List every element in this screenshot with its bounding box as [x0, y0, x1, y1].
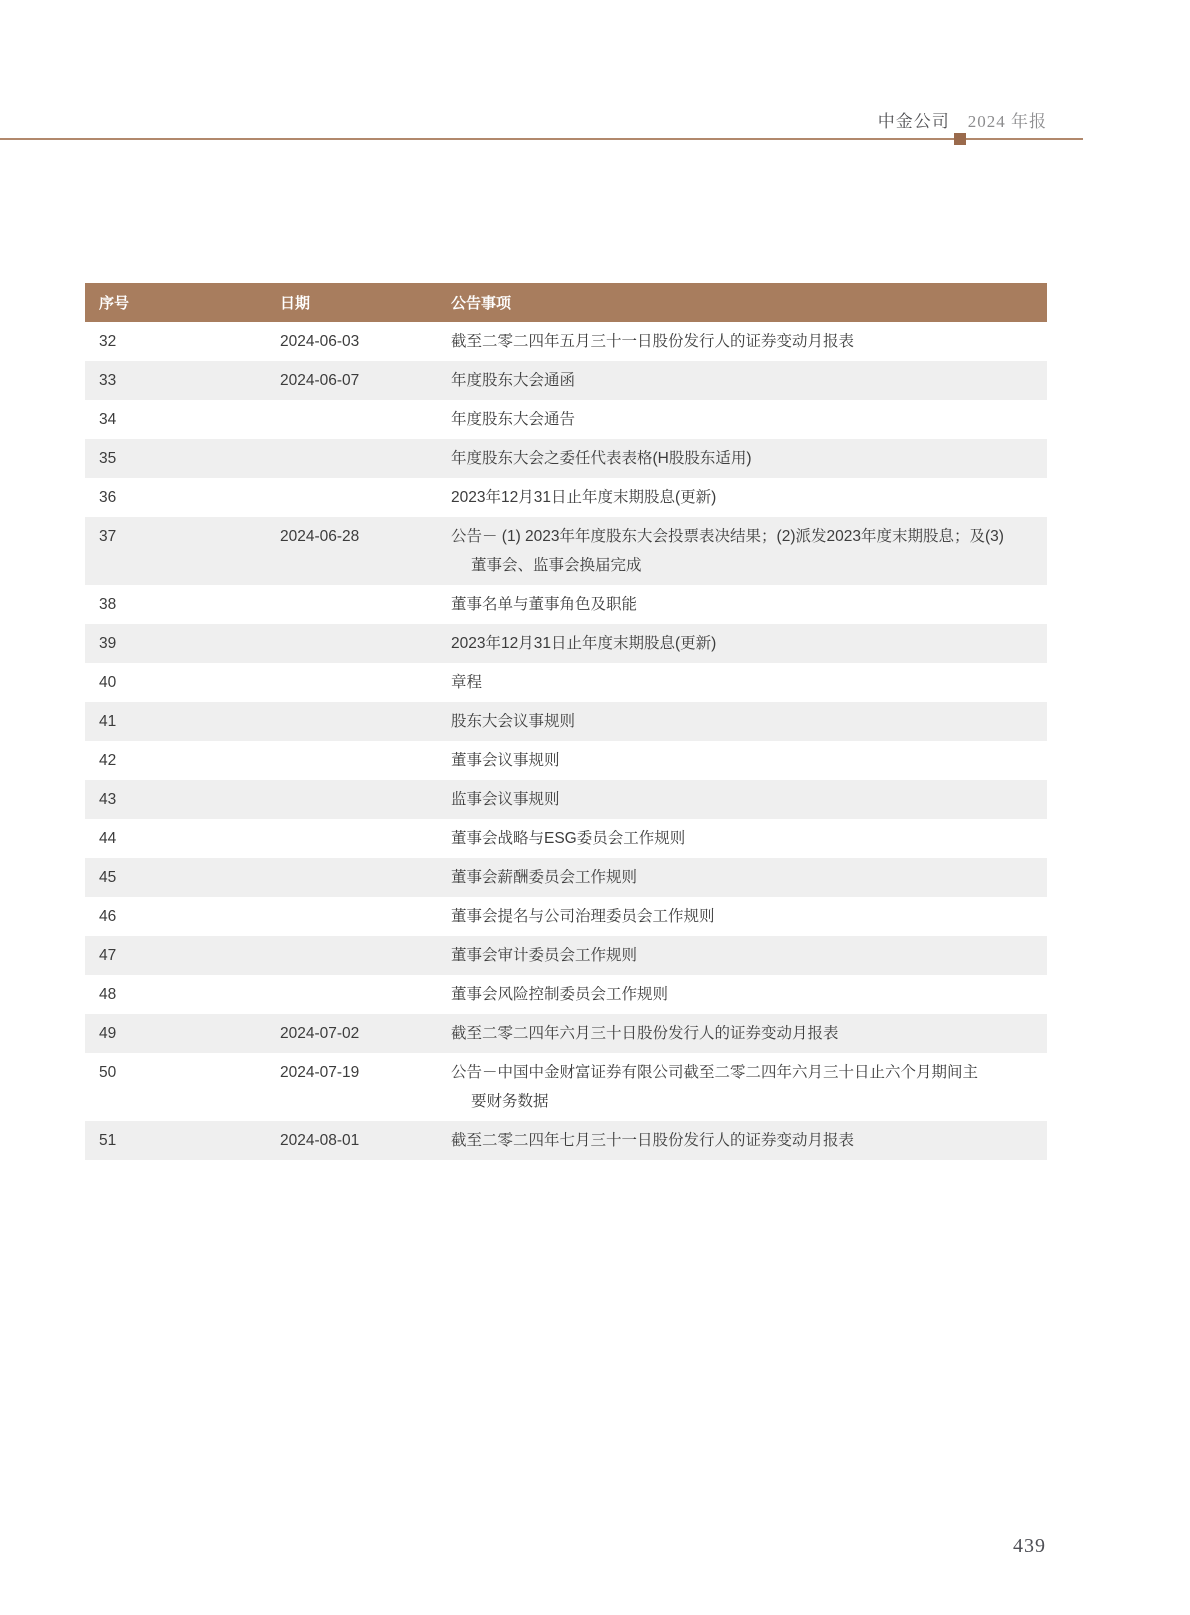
row-item-line: 董事名单与董事角色及职能 — [451, 590, 1031, 619]
column-header-item: 公告事项 — [451, 292, 1047, 313]
row-number-cell: 51 — [85, 1126, 280, 1155]
row-item-line: 截至二零二四年五月三十一日股份发行人的证券变动月报表 — [451, 327, 1031, 356]
row-item-line: 董事会、监事会换届完成 — [451, 551, 1031, 580]
page-header: 中金公司2024 年报 — [878, 107, 1047, 132]
row-item-line: 年度股东大会通函 — [451, 366, 1031, 395]
header-rule — [0, 138, 1083, 140]
row-number-cell: 37 — [85, 522, 280, 551]
row-date-cell: 2024-07-02 — [280, 1019, 451, 1048]
table-row: 43监事会议事规则 — [85, 780, 1047, 819]
row-item-line: 章程 — [451, 668, 1031, 697]
table-row: 40章程 — [85, 663, 1047, 702]
row-item-cell: 董事会战略与ESG委员会工作规则 — [451, 824, 1047, 853]
table-header-row: 序号 日期 公告事项 — [85, 283, 1047, 322]
row-item-cell: 监事会议事规则 — [451, 785, 1047, 814]
row-number-cell: 32 — [85, 327, 280, 356]
table-row: 392023年12月31日止年度末期股息(更新) — [85, 624, 1047, 663]
row-item-line: 2023年12月31日止年度末期股息(更新) — [451, 629, 1031, 658]
table-row: 34年度股东大会通告 — [85, 400, 1047, 439]
table-row: 41股东大会议事规则 — [85, 702, 1047, 741]
row-item-cell: 董事名单与董事角色及职能 — [451, 590, 1047, 619]
row-item-cell: 公告－中国中金财富证券有限公司截至二零二四年六月三十日止六个月期间主要财务数据 — [451, 1058, 1047, 1116]
row-number-cell: 47 — [85, 941, 280, 970]
row-number-cell: 45 — [85, 863, 280, 892]
row-date-cell: 2024-07-19 — [280, 1058, 451, 1087]
row-item-line: 董事会风险控制委员会工作规则 — [451, 980, 1031, 1009]
row-item-line: 监事会议事规则 — [451, 785, 1031, 814]
row-item-cell: 董事会审计委员会工作规则 — [451, 941, 1047, 970]
row-item-line: 截至二零二四年七月三十一日股份发行人的证券变动月报表 — [451, 1126, 1031, 1155]
company-name: 中金公司 — [878, 112, 950, 131]
table-row: 502024-07-19公告－中国中金财富证券有限公司截至二零二四年六月三十日止… — [85, 1053, 1047, 1121]
row-number-cell: 49 — [85, 1019, 280, 1048]
row-item-cell: 截至二零二四年七月三十一日股份发行人的证券变动月报表 — [451, 1126, 1047, 1155]
row-item-line: 要财务数据 — [451, 1087, 1031, 1116]
row-item-cell: 年度股东大会通函 — [451, 366, 1047, 395]
row-item-cell: 年度股东大会通告 — [451, 405, 1047, 434]
table-row: 492024-07-02截至二零二四年六月三十日股份发行人的证券变动月报表 — [85, 1014, 1047, 1053]
column-header-no: 序号 — [85, 292, 280, 313]
row-item-line: 董事会薪酬委员会工作规则 — [451, 863, 1031, 892]
row-item-cell: 章程 — [451, 668, 1047, 697]
row-item-line: 年度股东大会之委任代表表格(H股股东适用) — [451, 444, 1031, 473]
row-item-cell: 董事会薪酬委员会工作规则 — [451, 863, 1047, 892]
row-item-line: 董事会战略与ESG委员会工作规则 — [451, 824, 1031, 853]
row-number-cell: 34 — [85, 405, 280, 434]
row-number-cell: 46 — [85, 902, 280, 931]
row-number-cell: 33 — [85, 366, 280, 395]
header-rule-square-icon — [954, 133, 966, 145]
row-item-cell: 年度股东大会之委任代表表格(H股股东适用) — [451, 444, 1047, 473]
column-header-date: 日期 — [280, 292, 451, 313]
row-item-line: 董事会议事规则 — [451, 746, 1031, 775]
row-item-cell: 截至二零二四年六月三十日股份发行人的证券变动月报表 — [451, 1019, 1047, 1048]
row-item-line: 年度股东大会通告 — [451, 405, 1031, 434]
row-number-cell: 50 — [85, 1058, 280, 1087]
row-item-cell: 股东大会议事规则 — [451, 707, 1047, 736]
row-item-cell: 截至二零二四年五月三十一日股份发行人的证券变动月报表 — [451, 327, 1047, 356]
table-row: 46董事会提名与公司治理委员会工作规则 — [85, 897, 1047, 936]
row-item-cell: 董事会议事规则 — [451, 746, 1047, 775]
page-number: 439 — [1013, 1535, 1046, 1558]
table-row: 48董事会风险控制委员会工作规则 — [85, 975, 1047, 1014]
table-row: 45董事会薪酬委员会工作规则 — [85, 858, 1047, 897]
row-number-cell: 42 — [85, 746, 280, 775]
row-number-cell: 40 — [85, 668, 280, 697]
row-item-line: 公告－中国中金财富证券有限公司截至二零二四年六月三十日止六个月期间主 — [451, 1058, 1031, 1087]
row-item-line: 2023年12月31日止年度末期股息(更新) — [451, 483, 1031, 512]
report-edition: 2024 年报 — [968, 112, 1047, 131]
row-number-cell: 43 — [85, 785, 280, 814]
row-item-line: 董事会提名与公司治理委员会工作规则 — [451, 902, 1031, 931]
table-row: 38董事名单与董事角色及职能 — [85, 585, 1047, 624]
table-row: 372024-06-28公告－ (1) 2023年年度股东大会投票表决结果；(2… — [85, 517, 1047, 585]
row-number-cell: 44 — [85, 824, 280, 853]
row-number-cell: 38 — [85, 590, 280, 619]
row-item-line: 截至二零二四年六月三十日股份发行人的证券变动月报表 — [451, 1019, 1031, 1048]
row-item-cell: 董事会风险控制委员会工作规则 — [451, 980, 1047, 1009]
row-date-cell: 2024-06-28 — [280, 522, 451, 551]
table-body: 322024-06-03截至二零二四年五月三十一日股份发行人的证券变动月报表33… — [85, 322, 1047, 1160]
row-number-cell: 35 — [85, 444, 280, 473]
row-item-line: 公告－ (1) 2023年年度股东大会投票表决结果；(2)派发2023年度末期股… — [451, 522, 1031, 551]
row-item-cell: 公告－ (1) 2023年年度股东大会投票表决结果；(2)派发2023年度末期股… — [451, 522, 1047, 580]
table-row: 512024-08-01截至二零二四年七月三十一日股份发行人的证券变动月报表 — [85, 1121, 1047, 1160]
row-item-line: 董事会审计委员会工作规则 — [451, 941, 1031, 970]
row-date-cell: 2024-06-03 — [280, 327, 451, 356]
row-number-cell: 36 — [85, 483, 280, 512]
table-row: 332024-06-07年度股东大会通函 — [85, 361, 1047, 400]
table-row: 322024-06-03截至二零二四年五月三十一日股份发行人的证券变动月报表 — [85, 322, 1047, 361]
table-row: 47董事会审计委员会工作规则 — [85, 936, 1047, 975]
row-number-cell: 41 — [85, 707, 280, 736]
row-number-cell: 39 — [85, 629, 280, 658]
row-number-cell: 48 — [85, 980, 280, 1009]
table-row: 362023年12月31日止年度末期股息(更新) — [85, 478, 1047, 517]
row-date-cell: 2024-06-07 — [280, 366, 451, 395]
table-row: 42董事会议事规则 — [85, 741, 1047, 780]
row-item-cell: 2023年12月31日止年度末期股息(更新) — [451, 629, 1047, 658]
row-item-line: 股东大会议事规则 — [451, 707, 1031, 736]
row-item-cell: 董事会提名与公司治理委员会工作规则 — [451, 902, 1047, 931]
table-row: 35年度股东大会之委任代表表格(H股股东适用) — [85, 439, 1047, 478]
row-date-cell: 2024-08-01 — [280, 1126, 451, 1155]
announcements-table: 序号 日期 公告事项 322024-06-03截至二零二四年五月三十一日股份发行… — [85, 283, 1047, 1160]
table-row: 44董事会战略与ESG委员会工作规则 — [85, 819, 1047, 858]
row-item-cell: 2023年12月31日止年度末期股息(更新) — [451, 483, 1047, 512]
